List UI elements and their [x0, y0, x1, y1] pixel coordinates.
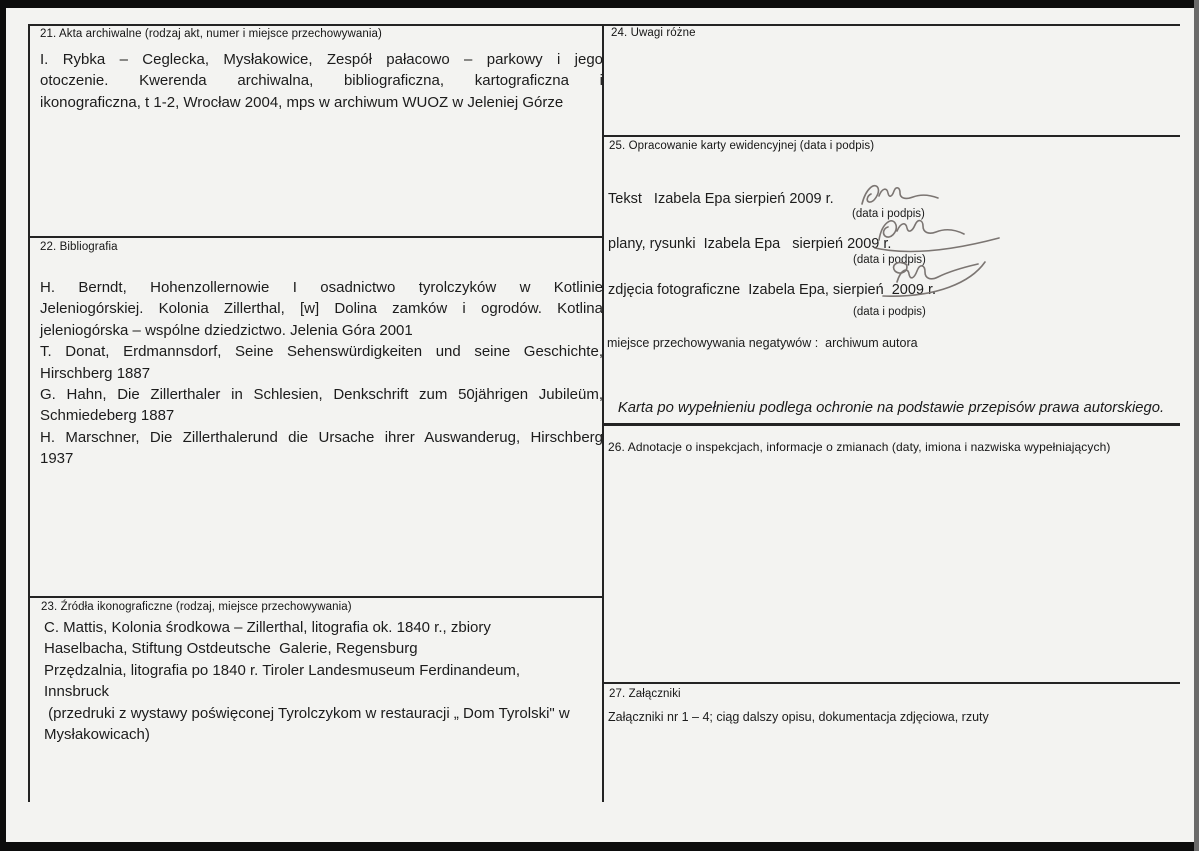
iconographic-sources-line: Przędzalnia, litografia po 1840 r. Tirol… — [44, 660, 600, 681]
bibliography-line: 1937 — [40, 448, 603, 469]
archival-records-line: otoczenie. Kwerenda archiwalna, bibliogr… — [40, 70, 603, 91]
handwritten-signature-1 — [858, 180, 943, 212]
section-23-text: C. Mattis, Kolonia środkowa – Zillerthal… — [44, 617, 600, 745]
bibliography-line: T. Donat, Erdmannsdorf, Seine Sehenswürd… — [40, 341, 603, 362]
iconographic-sources-line: C. Mattis, Kolonia środkowa – Zillerthal… — [44, 617, 600, 638]
section-21-header: 21. Akta archiwalne (rodzaj akt, numer i… — [40, 28, 382, 40]
credit-row-text: Tekst Izabela Epa sierpień 2009 r. — [608, 191, 834, 207]
scan-edge-right — [1194, 0, 1199, 851]
copyright-notice: Karta po wypełnieniu podlega ochronie na… — [602, 400, 1180, 416]
archival-records-line: ikonograficzna, t 1-2, Wrocław 2004, mps… — [40, 92, 603, 113]
archival-records-line: I. Rybka – Ceglecka, Mysłakowice, Zespół… — [40, 49, 603, 70]
handwritten-signature-3 — [875, 258, 990, 306]
section-25-header: 25. Opracowanie karty ewidencyjnej (data… — [609, 140, 874, 152]
date-signature-caption: (data i podpis) — [853, 306, 926, 318]
bibliography-line: H. Berndt, Hohenzollernowie I osadnictwo… — [40, 277, 603, 298]
rule-above-section-27 — [602, 682, 1180, 684]
section-21-text: I. Rybka – Ceglecka, Mysłakowice, Zespół… — [40, 49, 603, 113]
bibliography-line: Schmiedeberg 1887 — [40, 405, 603, 426]
rule-above-section-25 — [602, 135, 1180, 137]
iconographic-sources-line: Innsbruck — [44, 681, 600, 702]
bibliography-line: Jeleniogórskiej. Kolonia Zillerthal, [w]… — [40, 298, 603, 319]
iconographic-sources-line: Haselbacha, Stiftung Ostdeutsche Galerie… — [44, 638, 600, 659]
bibliography-line: jeleniogórska – wspólne dziedzictwo. Jel… — [40, 320, 603, 341]
rule-above-section-22 — [28, 236, 604, 238]
section-22-header: 22. Bibliografia — [40, 241, 118, 253]
bibliography-line: Hirschberg 1887 — [40, 363, 603, 384]
bibliography-line: G. Hahn, Die Zillerthaler in Schlesien, … — [40, 384, 603, 405]
form-left-border — [28, 24, 30, 802]
scanned-page: 21. Akta archiwalne (rodzaj akt, numer i… — [0, 0, 1199, 851]
negatives-location-note: miejsce przechowywania negatywów : archi… — [607, 336, 918, 350]
bibliography-line: H. Marschner, Die Zillerthalerund die Ur… — [40, 427, 603, 448]
rule-above-section-26 — [602, 423, 1180, 426]
section-23-header: 23. Źródła ikonograficzne (rodzaj, miejs… — [41, 601, 352, 613]
section-26-header: 26. Adnotacje o inspekcjach, informacje … — [608, 440, 1110, 454]
handwritten-signature-2 — [872, 214, 1002, 256]
iconographic-sources-line: Mysłakowicach) — [44, 724, 600, 745]
rule-above-section-23 — [28, 596, 604, 598]
section-27-header: 27. Załączniki — [609, 688, 681, 700]
attachments-text: Załączniki nr 1 – 4; ciąg dalszy opisu, … — [608, 710, 989, 724]
iconographic-sources-line: (przedruki z wystawy poświęconej Tyrolcz… — [44, 703, 600, 724]
form-top-rule — [28, 24, 1180, 26]
section-24-header: 24. Uwagi różne — [611, 27, 696, 39]
section-22-text: H. Berndt, Hohenzollernowie I osadnictwo… — [40, 277, 603, 470]
credit-row-plans: plany, rysunki Izabela Epa sierpień 2009… — [608, 236, 891, 252]
